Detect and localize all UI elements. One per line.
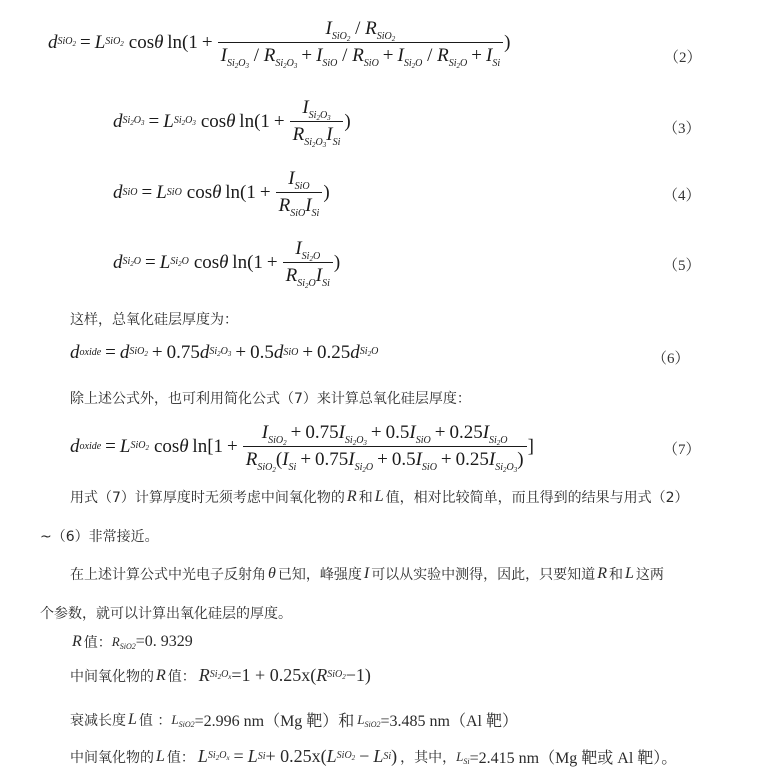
- l-al-value: =3.485 nm（Al 靶）: [381, 708, 518, 731]
- paragraph-comparison-line-2: ~（6）非常接近。: [40, 526, 159, 546]
- l-mg-value: =2.996 nm（Mg 靶）和: [195, 708, 355, 731]
- paragraph-parameters-line-1: 在上述计算公式中光电子反射角 θ 已知，峰强度 I 可以从实验中测得，因此，只要…: [70, 564, 664, 584]
- intermediate-r-line: 中间氧化物的 R 值： RSi2Ox =1 + 0.25x( RSiO2 −1): [70, 665, 374, 686]
- r-sio2-symbol: RSiO2: [112, 634, 136, 650]
- equation-number-4: （4）: [663, 184, 701, 205]
- equation-5: dSi2O = LSi2Ocosθ ln(1+ ISi2ORSi2OISi): [113, 238, 340, 287]
- paragraph-parameters-line-2: 个参数，就可以计算出氧化硅层的厚度。: [40, 603, 292, 623]
- paragraph-total-thickness: 这样，总氧化硅层厚度为：: [70, 309, 238, 329]
- symbol-R: R: [597, 565, 607, 583]
- intermediate-l-formula: LSi2Ox = LSi + 0.25x( LSiO2 − LSi ): [198, 746, 397, 767]
- equation-number-2: （2）: [664, 46, 702, 67]
- equation-number-5: （5）: [663, 254, 701, 275]
- coefficient: 0.25: [317, 342, 350, 364]
- l-sio2-symbol: LSiO2: [171, 712, 194, 728]
- equation-7: doxide = LSiO2cosθ ln[1+ ISiO2+0.75ISi2O…: [70, 422, 534, 471]
- equation-number-7: （7）: [663, 438, 701, 459]
- equation-7-fraction: ISiO2+0.75ISi2O3+0.5ISiO+0.25ISi2O RSiO2…: [243, 422, 527, 471]
- r-sio2-value: =0. 9329: [136, 633, 193, 651]
- intermediate-l-line: 中间氧化物的 L 值： LSi2Ox = LSi + 0.25x( LSiO2 …: [70, 745, 677, 768]
- paragraph-simplified-formula: 除上述公式外，也可利用简化公式（7）来计算总氧化硅层厚度：: [70, 388, 471, 408]
- coefficient: 0.75: [167, 342, 200, 364]
- equation-3: dSi2O3 = LSi2O3cosθ ln(1+ ISi2O3RSi2O3IS…: [113, 97, 351, 146]
- equation-2: dSiO2 = LSiO2cosθ ln(1+ ISiO2 / RSiO2 IS…: [48, 18, 510, 67]
- symbol-L: L: [375, 488, 384, 506]
- equation-6: doxide = dSiO2 +0.75dSi2O3 +0.5dSiO +0.2…: [70, 342, 378, 364]
- symbol-theta: θ: [268, 565, 276, 583]
- equation-number-6: （6）: [652, 347, 690, 368]
- attenuation-length-line: 衰减长度 L 值 ： LSiO2 =2.996 nm（Mg 靶）和 LSiO2 …: [70, 708, 518, 731]
- intermediate-r-formula: RSi2Ox =1 + 0.25x( RSiO2 −1): [199, 665, 371, 686]
- paragraph-comparison-line-1: 用式（7）计算厚度时无须考虑中间氧化物的 R 和 L 值，相对比较简单，而且得到…: [70, 487, 689, 507]
- r-value-line: R 值： RSiO2 =0. 9329: [70, 632, 193, 652]
- equation-4: dSiO = LSiOcosθ ln(1+ ISiORSiOISi): [113, 168, 330, 217]
- coefficient: 0.5: [250, 342, 274, 364]
- l-sio2-symbol: LSiO2: [357, 712, 380, 728]
- l-si-symbol: LSi: [456, 749, 469, 765]
- symbol-R: R: [347, 488, 357, 506]
- l-si-value: =2.415 nm（Mg 靶或 Al 靶）。: [470, 745, 678, 768]
- symbol-L: L: [625, 565, 634, 583]
- equation-2-fraction: ISiO2 / RSiO2 ISi2O3 / RSi2O3+ISiO / RSi…: [218, 18, 503, 67]
- symbol-I: I: [364, 565, 369, 583]
- equation-number-3: （3）: [663, 117, 701, 138]
